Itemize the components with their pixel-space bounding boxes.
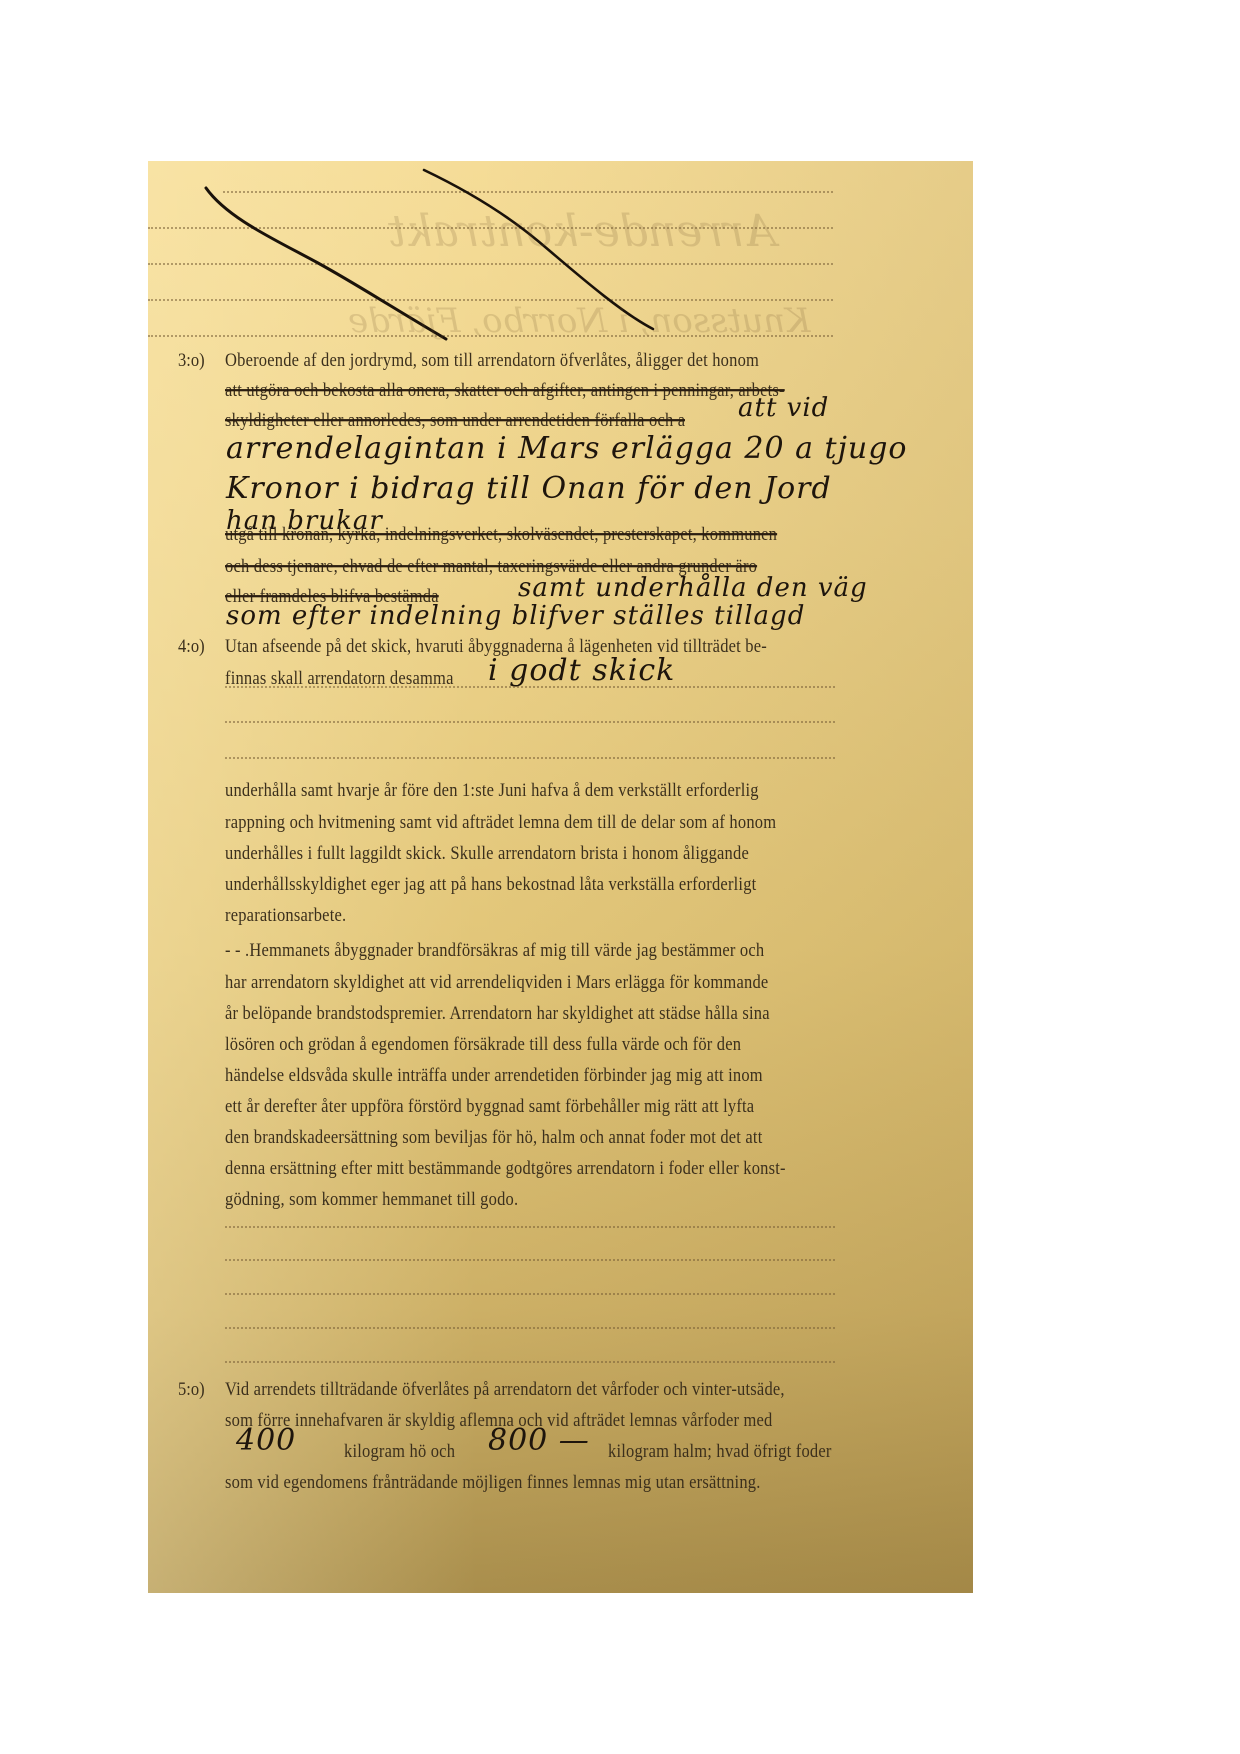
handwritten-insertion: samt underhålla den väg xyxy=(518,573,868,603)
section-4-line-6: underhållsskyldighet eger jag att på han… xyxy=(225,873,973,895)
section-4-line-4: rappning och hvitmening samt vid afträde… xyxy=(225,811,973,833)
dotted-line xyxy=(225,1327,835,1329)
bleed-through-text: Arrende-kontrakt xyxy=(388,206,776,257)
dotted-line xyxy=(225,1293,835,1295)
section-3-line-2-struck: att utgöra och bekosta alla onera, skatt… xyxy=(225,379,973,401)
section-4-para2-line-6: ett år derefter åter uppföra förstörd by… xyxy=(225,1095,973,1117)
handwritten-hay-kg: 400 xyxy=(236,1423,296,1458)
section-4-para2-line-3: år belöpande brandstodspremier. Arrendat… xyxy=(225,1002,973,1024)
section-4-line-5: underhålles i fullt laggildt skick. Skul… xyxy=(225,842,973,864)
section-5-line-2: som förre innehafvaren är skyldig aflemn… xyxy=(225,1409,973,1431)
dotted-line xyxy=(225,1226,835,1228)
section-4-para2-line-7: den brandskadeersättning som beviljas fö… xyxy=(225,1126,973,1148)
document-page: Arrende-kontrakt Knutsson, i Norrbo, Fjä… xyxy=(148,161,973,1593)
section-4-line-3: underhålla samt hvarje år före den 1:ste… xyxy=(225,779,973,801)
handwritten-insertion: att vid xyxy=(738,393,829,423)
section-4-line-7: reparationsarbete. xyxy=(225,904,973,926)
handwritten-straw-kg: 800 — xyxy=(488,1423,590,1458)
handwritten-insertion: arrendelagintan i Mars erlägga 20 a tjug… xyxy=(226,431,908,466)
handwritten-insertion: i godt skick xyxy=(488,653,675,688)
section-4-para2-line-8: denna ersättning efter mitt bestämmande … xyxy=(225,1157,973,1179)
section-number-3: 3:o) xyxy=(178,349,205,371)
dotted-line xyxy=(225,721,835,723)
handwritten-insertion: som efter indelning blifver ställes till… xyxy=(226,601,805,631)
section-5-line-1: Vid arrendets tillträdande öfverlåtes på… xyxy=(225,1378,973,1400)
section-4-para2-line-2: har arrendatorn skyldighet att vid arren… xyxy=(225,971,973,993)
section-4-para2-line-1: - - .Hemmanets åbyggnader brandförsäkras… xyxy=(225,939,973,961)
section-number-4: 4:o) xyxy=(178,635,205,657)
section-4-para2-line-5: händelse eldsvåda skulle inträffa under … xyxy=(225,1064,973,1086)
handwritten-insertion: Kronor i bidrag till Onan för den Jord xyxy=(226,471,832,506)
section-5-line-4: som vid egendomens frånträdande möjligen… xyxy=(225,1471,973,1493)
dotted-line xyxy=(225,686,835,688)
section-number-5: 5:o) xyxy=(178,1378,205,1400)
section-4-para2-line-9: gödning, som kommer hemmanet till godo. xyxy=(225,1188,973,1210)
bleed-through-text: Knutsson, i Norrbo, Fjärde xyxy=(348,301,811,341)
dotted-line xyxy=(225,1259,835,1261)
section-3-line-3-struck: skyldigheter eller annorledes, som under… xyxy=(225,409,685,431)
section-5-line-3b: kilogram halm; hvad öfrigt foder xyxy=(608,1440,973,1462)
cross-out-strokes xyxy=(148,161,973,381)
section-4-para2-line-4: lösören och grödan å egendomen försäkrad… xyxy=(225,1033,973,1055)
dotted-line xyxy=(225,757,835,759)
section-3-line-1: Oberoende af den jordrymd, som till arre… xyxy=(225,349,973,371)
section-3-line-4-struck: utgå till kronan, kyrka, indelningsverke… xyxy=(225,523,973,545)
dotted-line xyxy=(225,1361,835,1363)
